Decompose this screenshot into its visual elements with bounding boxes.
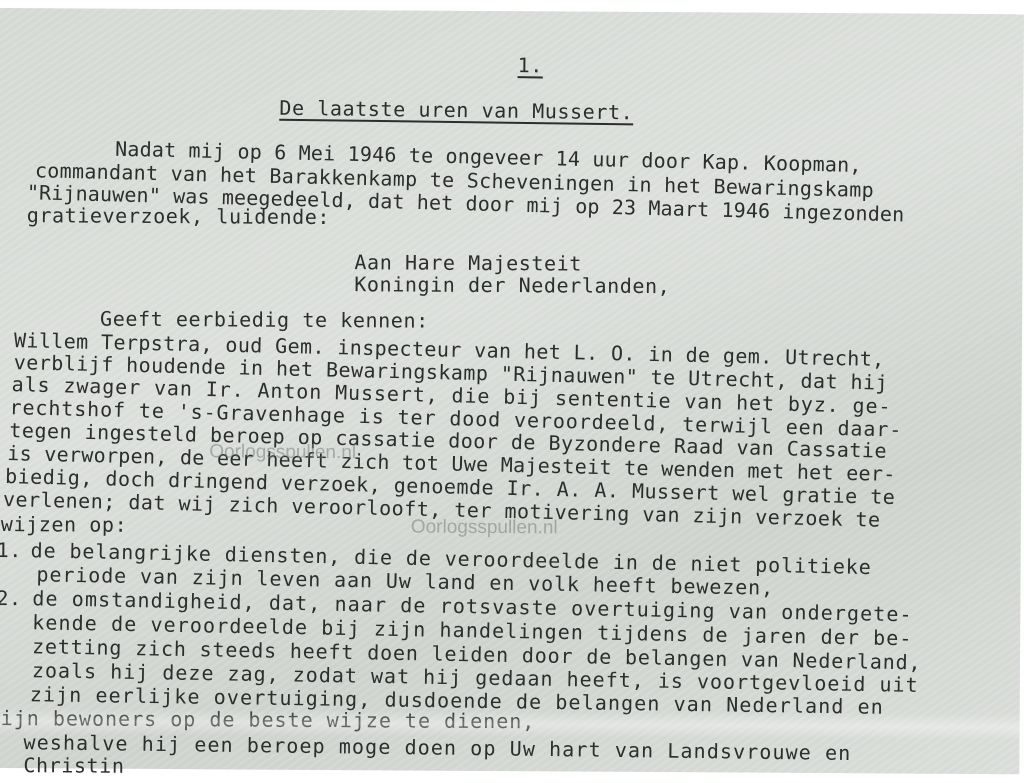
point-2-number: 2.	[0, 586, 22, 610]
watermark-text: Oorlogsspullen.nl	[411, 517, 558, 540]
petition-opening: Geeft eerbiedig te kennen:	[100, 307, 429, 333]
address-line-2: Koningin der Nederlanden,	[354, 272, 670, 298]
closing-line-1: weshalve hij een beroep moge doen op Uw …	[23, 730, 851, 765]
point-1-number: 1.	[0, 538, 22, 562]
typewritten-page: 1. De laatste uren van Mussert. Nadat mi…	[0, 8, 1024, 768]
page-number: 1.	[518, 53, 544, 77]
closing-line-2: Christin	[23, 753, 124, 768]
watermark-text: Oorlogsspullen.nl	[209, 441, 356, 464]
petition-line-9: wijzen op:	[1, 512, 128, 537]
intro-line-4: gratieverzoek, luidende:	[27, 203, 331, 229]
document-title: De laatste uren van Mussert.	[279, 96, 633, 125]
point-2-line-6: zijn bewoners op de beste wijze te diene…	[0, 706, 535, 733]
